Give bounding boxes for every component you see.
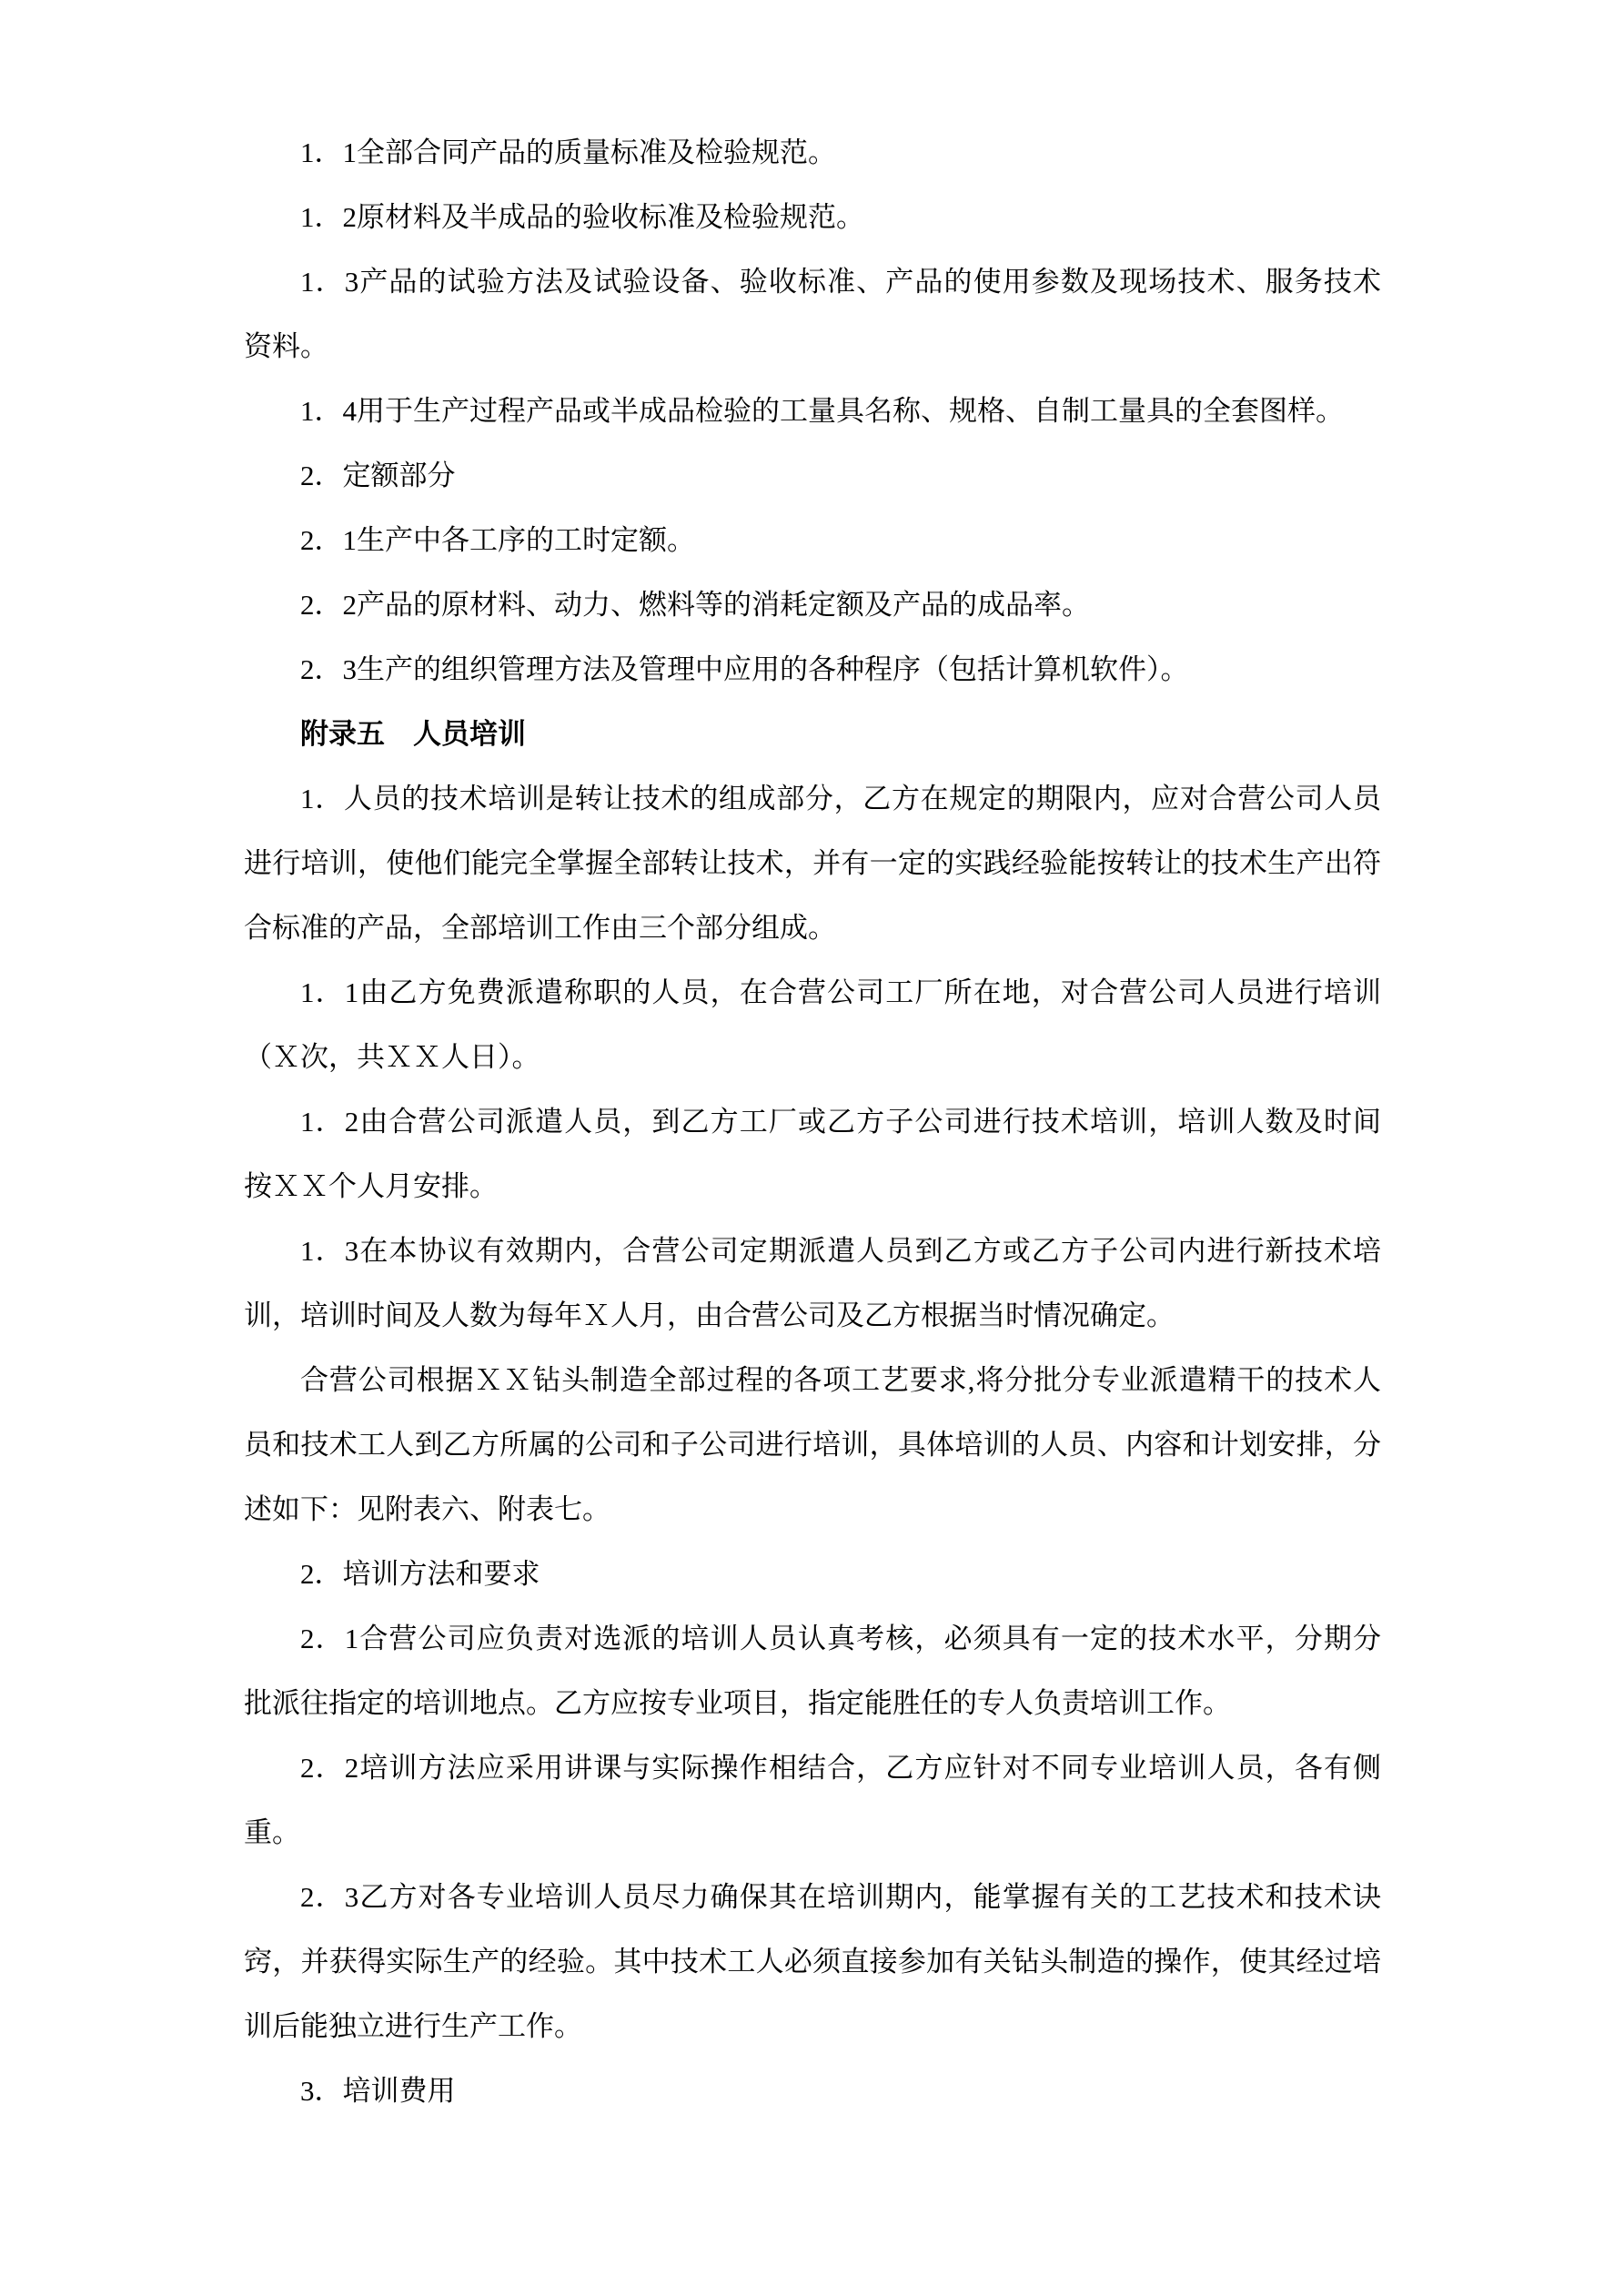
text-line: 2．3生产的组织管理方法及管理中应用的各种程序（包括计算机软件）。 (244, 637, 1381, 702)
document-page: 1．1全部合同产品的质量标准及检验规范。1．2原材料及半成品的验收标准及检验规范… (0, 0, 1624, 2296)
text-line: 2．1生产中各工序的工时定额。 (244, 508, 1381, 572)
section-heading: 附录五 人员培训 (244, 702, 1381, 766)
text-line: 2．培训方法和要求 (244, 1542, 1381, 1606)
text-line: 进行培训，使他们能完全掌握全部转让技术，并有一定的实践经验能按转让的技术生产出符 (244, 831, 1381, 895)
text-line: 合营公司根据ＸＸ钻头制造全部过程的各项工艺要求,将分批分专业派遣精干的技术人 (244, 1348, 1381, 1412)
text-line: 1．1由乙方免费派遣称职的人员，在合营公司工厂所在地，对合营公司人员进行培训 (244, 960, 1381, 1025)
text-line: 2．2培训方法应采用讲课与实际操作相结合，乙方应针对不同专业培训人员，各有侧 (244, 1735, 1381, 1800)
text-line: 1．4用于生产过程产品或半成品检验的工量具名称、规格、自制工量具的全套图样。 (244, 379, 1381, 443)
text-line: 2．1合营公司应负责对选派的培训人员认真考核，必须具有一定的技术水平，分期分 (244, 1606, 1381, 1671)
text-line: 1．3产品的试验方法及试验设备、验收标准、产品的使用参数及现场技术、服务技术 (244, 249, 1381, 314)
document-body: 1．1全部合同产品的质量标准及检验规范。1．2原材料及半成品的验收标准及检验规范… (0, 0, 1624, 2123)
text-line: 述如下：见附表六、附表七。 (244, 1477, 1381, 1542)
text-line: 2．定额部分 (244, 443, 1381, 508)
text-line: 批派往指定的培训地点。乙方应按专业项目，指定能胜任的专人负责培训工作。 (244, 1671, 1381, 1735)
text-line: 资料。 (244, 314, 1381, 379)
text-line: （Ｘ次，共ＸＸ人日）。 (244, 1025, 1381, 1089)
text-line: 训后能独立进行生产工作。 (244, 1994, 1381, 2058)
text-line: 合标准的产品，全部培训工作由三个部分组成。 (244, 895, 1381, 960)
text-line: 1．3在本协议有效期内，合营公司定期派遣人员到乙方或乙方子公司内进行新技术培 (244, 1219, 1381, 1283)
text-line: 1．人员的技术培训是转让技术的组成部分，乙方在规定的期限内，应对合营公司人员 (244, 766, 1381, 831)
text-line: 3．培训费用 (244, 2058, 1381, 2123)
text-line: 2．3乙方对各专业培训人员尽力确保其在培训期内，能掌握有关的工艺技术和技术诀 (244, 1865, 1381, 1929)
text-line: 按ＸＸ个人月安排。 (244, 1154, 1381, 1219)
text-line: 2．2产品的原材料、动力、燃料等的消耗定额及产品的成品率。 (244, 572, 1381, 637)
text-line: 重。 (244, 1800, 1381, 1865)
text-line: 训，培训时间及人数为每年Ｘ人月，由合营公司及乙方根据当时情况确定。 (244, 1283, 1381, 1348)
text-line: 1．1全部合同产品的质量标准及检验规范。 (244, 120, 1381, 185)
text-line: 1．2由合营公司派遣人员，到乙方工厂或乙方子公司进行技术培训，培训人数及时间 (244, 1089, 1381, 1154)
text-line: 员和技术工人到乙方所属的公司和子公司进行培训，具体培训的人员、内容和计划安排，分 (244, 1412, 1381, 1477)
text-line: 1．2原材料及半成品的验收标准及检验规范。 (244, 185, 1381, 249)
text-line: 窍，并获得实际生产的经验。其中技术工人必须直接参加有关钻头制造的操作，使其经过培 (244, 1929, 1381, 1994)
